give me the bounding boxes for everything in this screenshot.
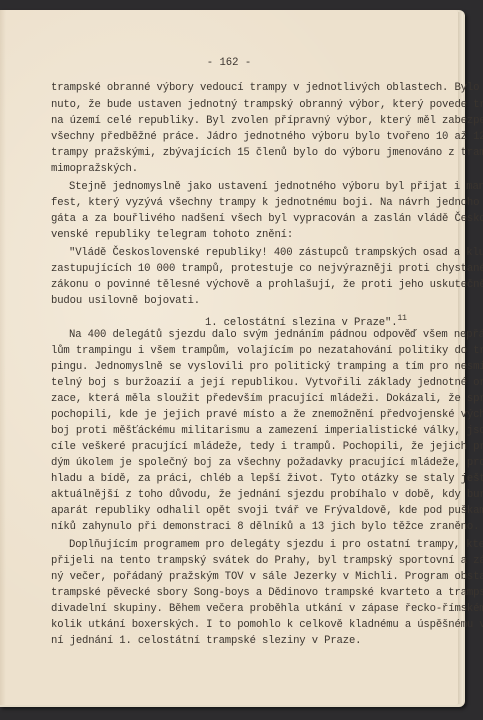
text-line-content: venské republiky telegram tohoto znění: (51, 229, 293, 241)
text-line: lům trampingu i všem trampům, volajícím … (51, 345, 483, 358)
text-line: na území celé republiky. Byl zvolen příp… (51, 115, 483, 128)
text-line-content: trampy pražskými, zbývajících 15 členů b… (51, 147, 483, 159)
text-line: zákonu o povinné tělesné výchově a prohl… (51, 279, 483, 292)
text-line-content: níků zahynulo při demonstraci 8 dělníků … (51, 521, 479, 533)
text-line-content: "Vládě Československé republiky! 400 zás… (69, 247, 483, 259)
text-line-content: zastupujících 10 000 trampů, protestuje … (51, 263, 483, 275)
text-line: kolik utkání boxerských. I to pomohlo k … (51, 619, 483, 632)
text-line: zace, která měla sloužit především pracu… (51, 393, 483, 406)
text-line-content: pochopili, kde je jejich pravé místo a ž… (51, 409, 483, 421)
text-line-content: aktuálnější z toho důvodu, že jednání sj… (51, 489, 483, 501)
text-line: dým úkolem je společný boj za všechny po… (51, 457, 483, 470)
text-line-content: divadelní skupiny. Během večera proběhla… (51, 603, 483, 615)
text-line-content: na území celé republiky. Byl zvolen příp… (51, 115, 483, 127)
text-line: ný večer, pořádaný pražským TOV v sále J… (51, 571, 483, 584)
text-line: zastupujících 10 000 trampů, protestuje … (51, 263, 483, 276)
text-line-content: všechny předběžné práce. Jádro jednotnéh… (51, 131, 483, 143)
text-line-content: boj proti měšťáckému militarismu a zamez… (51, 425, 483, 437)
text-line-content: dým úkolem je společný boj za všechny po… (51, 457, 483, 469)
text-line-content: lům trampingu i všem trampům, volajícím … (51, 345, 483, 357)
scanned-document-scene: - 162 - trampské obranné výbory vedoucí … (0, 0, 483, 720)
page-number: - 162 - (0, 57, 458, 69)
text-line: trampské obranné výbory vedoucí trampy v… (51, 82, 483, 95)
text-line-content: gáta a za bouřlivého nadšení všech byl v… (51, 213, 483, 225)
text-line-content: fest, který vyzývá všechny trampy k jedn… (51, 197, 483, 209)
text-line: všechny předběžné práce. Jádro jednotnéh… (51, 131, 483, 144)
text-line: venské republiky telegram tohoto znění: (51, 229, 293, 242)
text-line-content: hladu a bídě, za práci, chléb a lepší ži… (51, 473, 483, 485)
text-line: aparát republiky odhalil opět svoji tvář… (51, 505, 483, 518)
text-line-content: Na 400 delegátů sjezdu dalo svým jednání… (69, 329, 483, 341)
text-line-content: ní jednání 1. celostátní trampské slezin… (51, 635, 361, 647)
text-line: boj proti měšťáckému militarismu a zamez… (51, 425, 483, 438)
text-line: trampy pražskými, zbývajících 15 členů b… (51, 147, 483, 160)
text-line-content: zákonu o povinné tělesné výchově a prohl… (51, 279, 483, 291)
text-line: cíle veškeré pracující mládeže, tedy i t… (51, 441, 483, 454)
text-line: 1. celostátní slezina v Praze".11 (205, 312, 407, 330)
text-line: "Vládě Československé republiky! 400 zás… (69, 247, 483, 260)
text-line: Stejně jednomyslně jako ustavení jednotn… (69, 181, 483, 194)
text-line: mimopražských. (51, 163, 138, 176)
text-line-content: nuto, že bude ustaven jednotný trampský … (51, 99, 483, 111)
text-line: gáta a za bouřlivého nadšení všech byl v… (51, 213, 483, 226)
text-line-content: přijeli na tento trampský svátek do Prah… (51, 555, 483, 567)
text-line-content: Stejně jednomyslně jako ustavení jednotn… (69, 181, 483, 193)
text-line-content: trampské obranné výbory vedoucí trampy v… (51, 82, 483, 94)
text-line-content: aparát republiky odhalil opět svoji tvář… (51, 505, 483, 517)
text-line: hladu a bídě, za práci, chléb a lepší ži… (51, 473, 483, 486)
text-line: telný boj s buržoazií a její republikou.… (51, 377, 483, 390)
text-line-content: ný večer, pořádaný pražským TOV v sále J… (51, 571, 483, 583)
text-line: přijeli na tento trampský svátek do Prah… (51, 555, 483, 568)
text-line: fest, který vyzývá všechny trampy k jedn… (51, 197, 483, 210)
text-line: nuto, že bude ustaven jednotný trampský … (51, 99, 483, 112)
text-line-content: kolik utkání boxerských. I to pomohlo k … (51, 619, 483, 631)
text-line: budou usilovně bojovati. (51, 295, 200, 308)
text-line: pingu. Jednomyslně se vyslovili pro poli… (51, 361, 483, 374)
text-line-content: Doplňujícím programem pro delegáty sjezd… (69, 539, 483, 551)
text-line-content: budou usilovně bojovati. (51, 295, 200, 307)
text-line: aktuálnější z toho důvodu, že jednání sj… (51, 489, 483, 502)
text-line-content: telný boj s buržoazií a její republikou.… (51, 377, 483, 389)
text-line-content: cíle veškeré pracující mládeže, tedy i t… (51, 441, 483, 453)
text-line: ní jednání 1. celostátní trampské slezin… (51, 635, 361, 648)
footnote-marker: 11 (397, 314, 406, 323)
text-line: pochopili, kde je jejich pravé místo a ž… (51, 409, 483, 422)
text-line: níků zahynulo při demonstraci 8 dělníků … (51, 521, 479, 534)
typewritten-page: - 162 - trampské obranné výbory vedoucí … (0, 10, 458, 705)
text-line: divadelní skupiny. Během večera proběhla… (51, 603, 483, 616)
text-line-content: zace, která měla sloužit především pracu… (51, 393, 483, 405)
text-line: Na 400 delegátů sjezdu dalo svým jednání… (69, 329, 483, 342)
text-line-content: pingu. Jednomyslně se vyslovili pro poli… (51, 361, 483, 373)
text-line-content: 1. celostátní slezina v Praze". (205, 317, 397, 329)
text-line: Doplňujícím programem pro delegáty sjezd… (69, 539, 483, 552)
text-line: trampské pěvecké sbory Song-boys a Dědin… (51, 587, 483, 600)
text-line-content: mimopražských. (51, 163, 138, 175)
text-line-content: trampské pěvecké sbory Song-boys a Dědin… (51, 587, 483, 599)
